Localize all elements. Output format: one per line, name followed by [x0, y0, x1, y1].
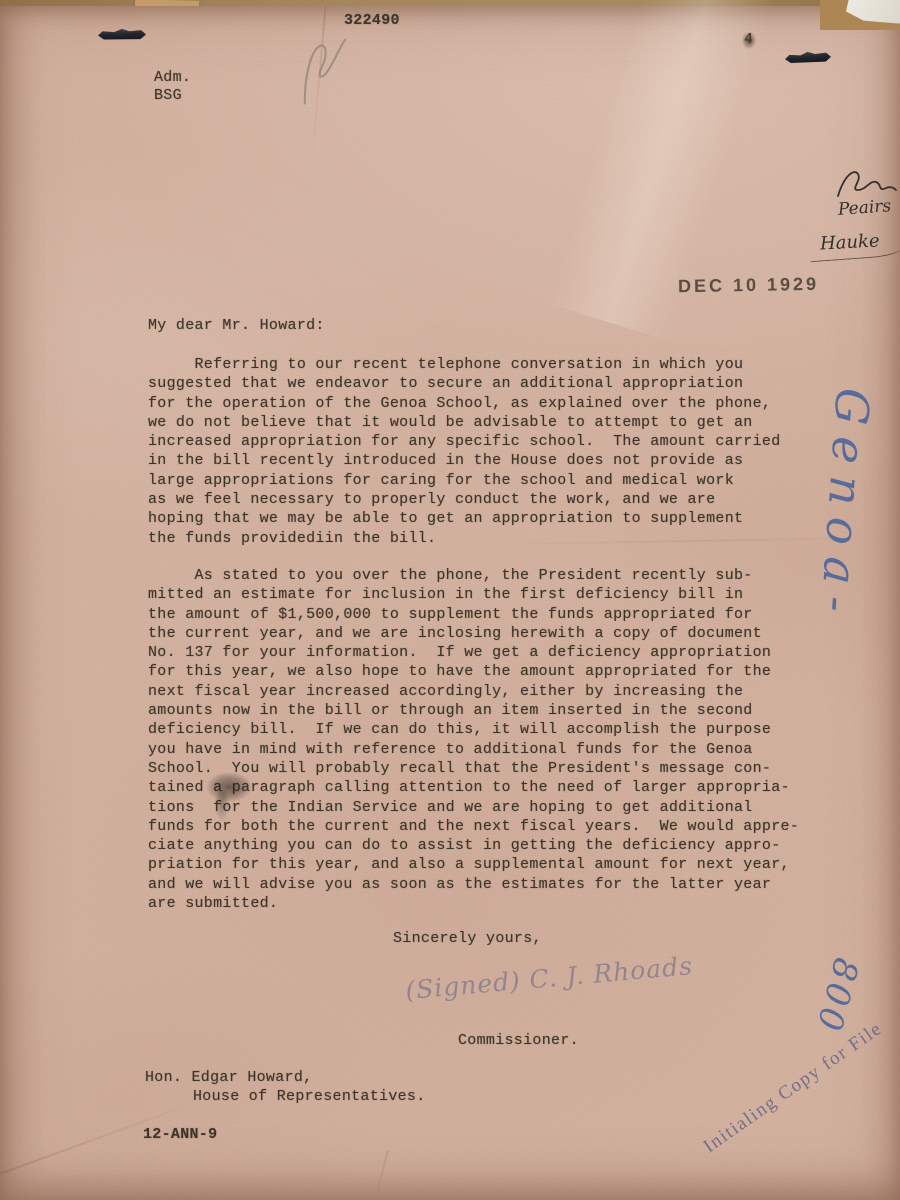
admin-code-line1: Adm. [154, 68, 191, 87]
page-number: 4 [744, 30, 753, 49]
admin-code-line2: BSG [154, 86, 182, 105]
ink-blot-drip [214, 790, 230, 822]
letter-paragraph-1: Referring to our recent telephone conver… [148, 355, 781, 548]
salutation: My dear Mr. Howard: [148, 316, 325, 335]
recipient-address: House of Representatives. [193, 1087, 426, 1106]
serial-number: 322490 [344, 11, 400, 30]
closing: Sincerely yours, [393, 929, 542, 948]
recipient-name: Hon. Edgar Howard, [145, 1068, 312, 1087]
letter-paragraph-2: As stated to you over the phone, the Pre… [148, 566, 799, 913]
file-code: 12-ANN-9 [143, 1125, 217, 1144]
signer-title: Commissioner. [458, 1031, 579, 1050]
received-date-stamp: DEC 10 1929 [678, 274, 819, 297]
handwritten-initial: Peairs [837, 196, 891, 220]
